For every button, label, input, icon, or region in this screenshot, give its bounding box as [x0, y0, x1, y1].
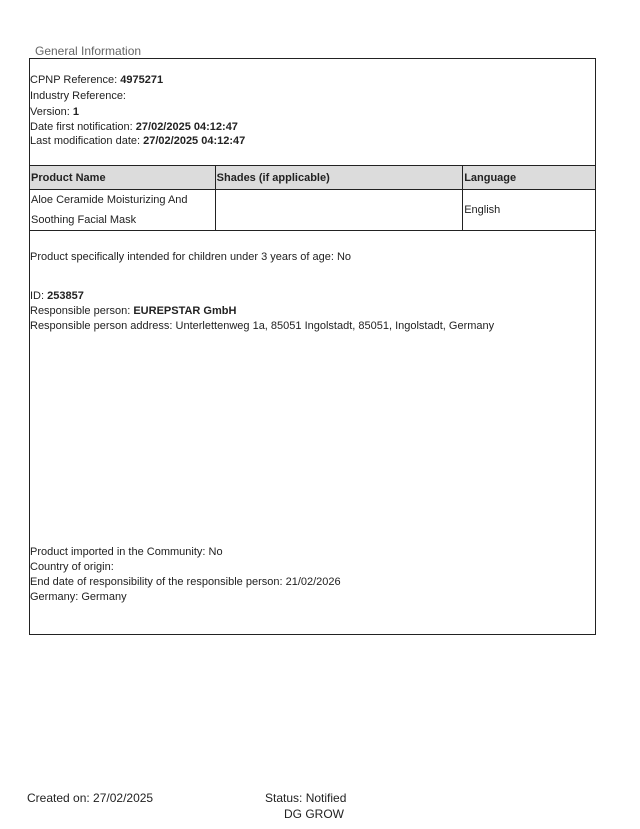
- date-first-notification: Date first notification: 27/02/2025 04:1…: [30, 120, 238, 135]
- header-shades: Shades (if applicable): [215, 166, 463, 190]
- end-date-responsibility: End date of responsibility of the respon…: [30, 575, 341, 590]
- version: Version: 1: [30, 105, 79, 120]
- section-title: General Information: [35, 44, 141, 58]
- last-modification-value: 27/02/2025 04:12:47: [143, 135, 245, 147]
- id-value: 253857: [47, 290, 84, 302]
- version-value: 1: [73, 106, 79, 118]
- id-label: ID:: [30, 290, 47, 302]
- cpnp-label: CPNP Reference:: [30, 74, 120, 86]
- responsible-person-value: EUREPSTAR GmbH: [133, 305, 236, 317]
- products-table: Product Name Shades (if applicable) Lang…: [29, 165, 596, 231]
- cell-shades: [215, 190, 463, 231]
- created-on: Created on: 27/02/2025: [27, 791, 153, 805]
- version-label: Version:: [30, 106, 73, 118]
- cpnp-reference: CPNP Reference: 4975271: [30, 73, 163, 88]
- header-language: Language: [463, 166, 596, 190]
- imported-in-community: Product imported in the Community: No: [30, 545, 223, 560]
- last-modification-date: Last modification date: 27/02/2025 04:12…: [30, 134, 245, 149]
- responsible-address: Responsible person address: Unterlettenw…: [30, 319, 494, 334]
- children-under-3: Product specifically intended for childr…: [30, 250, 351, 265]
- country-of-origin: Country of origin:: [30, 560, 114, 575]
- table-header-row: Product Name Shades (if applicable) Lang…: [30, 166, 596, 190]
- cell-language: English: [463, 190, 596, 231]
- table-row: Aloe Ceramide Moisturizing And Soothing …: [30, 190, 596, 231]
- first-notification-label: Date first notification:: [30, 121, 136, 133]
- header-product-name: Product Name: [30, 166, 216, 190]
- cpnp-value: 4975271: [120, 74, 163, 86]
- dg-grow: DG GROW: [284, 807, 344, 821]
- first-notification-value: 27/02/2025 04:12:47: [136, 121, 238, 133]
- responsible-person-label: Responsible person:: [30, 305, 133, 317]
- responsible-id: ID: 253857: [30, 289, 84, 304]
- status: Status: Notified: [265, 791, 346, 805]
- germany-line: Germany: Germany: [30, 590, 127, 605]
- cell-product-name: Aloe Ceramide Moisturizing And Soothing …: [30, 190, 216, 231]
- responsible-person: Responsible person: EUREPSTAR GmbH: [30, 304, 236, 319]
- industry-reference: Industry Reference:: [30, 89, 126, 104]
- last-modification-label: Last modification date:: [30, 135, 143, 147]
